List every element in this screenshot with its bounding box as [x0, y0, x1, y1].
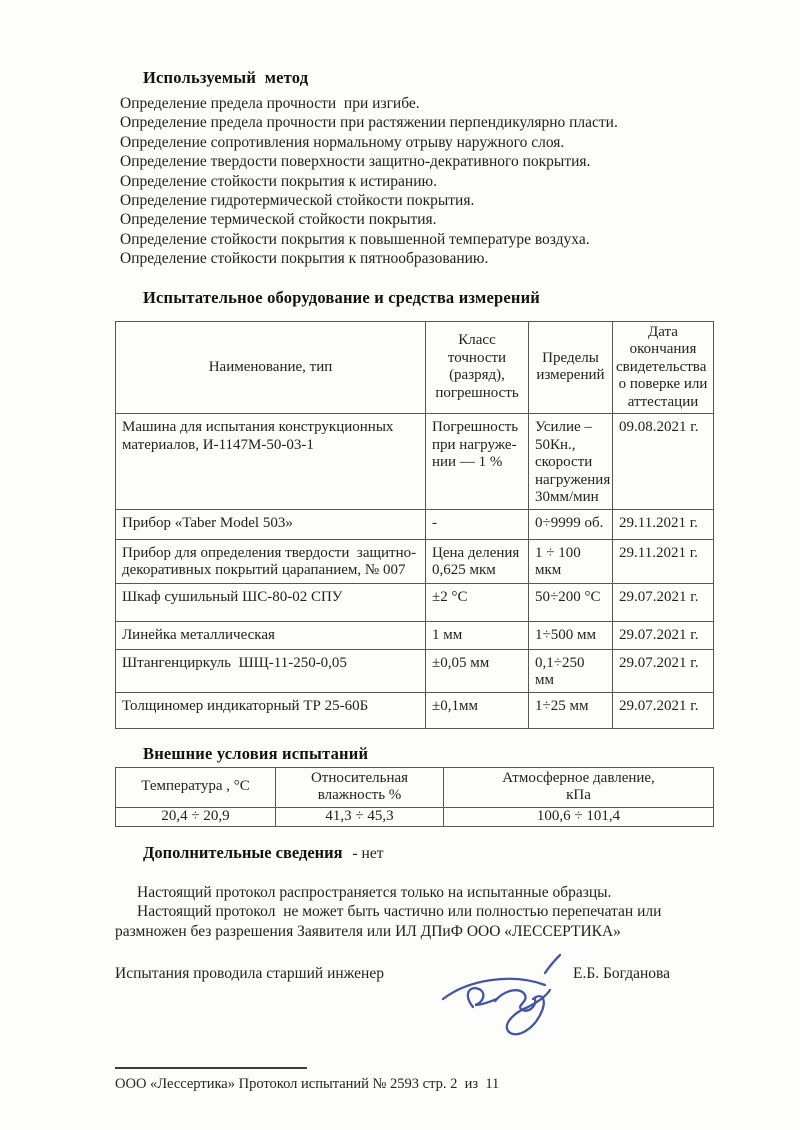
table-cell: 1 ÷ 100 мкм	[529, 539, 613, 583]
table-cell: 09.08.2021 г.	[613, 414, 714, 510]
table-header-text: Атмосферное давление, кПа	[491, 770, 666, 805]
footer-text: ООО «Лессертика» Протокол испытаний № 25…	[115, 1076, 715, 1093]
table-cell: Штангенциркуль ШЩ-11-250-0,05	[116, 649, 426, 692]
method-item: Определение предела прочности при изгибе…	[120, 94, 715, 113]
signature-block: Испытания проводила старший инженер Е.Б.…	[115, 953, 715, 1053]
table-cell: 29.07.2021 г.	[613, 621, 714, 649]
table-header-cell: Дата окончания свидетельства о поверке и…	[613, 321, 714, 414]
table-row: 20,4 ÷ 20,9 41,3 ÷ 45,3 100,6 ÷ 101,4	[116, 807, 714, 826]
table-row: Штангенциркуль ШЩ-11-250-0,05 ±0,05 мм 0…	[116, 649, 714, 692]
method-item: Определение твердости поверхности защитн…	[120, 152, 715, 171]
equipment-table: Наименование, тип Класс точности (разряд…	[115, 321, 714, 729]
table-cell: 20,4 ÷ 20,9	[116, 807, 276, 826]
conditions-header-row: Температура , °С Относительная влажность…	[116, 767, 714, 807]
method-item: Определение предела прочности при растяж…	[120, 113, 715, 132]
page-content: Используемый метод Определение предела п…	[115, 68, 715, 1093]
equipment-section-title: Испытательное оборудование и средства из…	[143, 288, 715, 308]
table-row: Машина для испытания конструкционных мат…	[116, 414, 714, 510]
method-item: Определение стойкости покрытия к повышен…	[120, 230, 715, 249]
signature-scribble	[443, 955, 560, 1034]
table-cell: 29.07.2021 г.	[613, 692, 714, 728]
table-cell: Прибор «Taber Model 503»	[116, 509, 426, 539]
table-header-cell: Пределы измерений	[529, 321, 613, 414]
conditions-table: Температура , °С Относительная влажность…	[115, 767, 714, 827]
method-list: Определение предела прочности при изгибе…	[120, 94, 715, 269]
table-cell: Прибор для определения твердости защитно…	[116, 539, 426, 583]
table-header-cell: Класс точности (разряд), погрешность	[426, 321, 529, 414]
table-cell: 1 мм	[426, 621, 529, 649]
method-item: Определение сопротивления нормальному от…	[120, 133, 715, 152]
equipment-header-row: Наименование, тип Класс точности (разряд…	[116, 321, 714, 414]
table-cell: Шкаф сушильный ШС-80-02 СПУ	[116, 583, 426, 621]
page-footer: ООО «Лессертика» Протокол испытаний № 25…	[115, 1067, 715, 1093]
table-cell: Цена деления 0,625 мкм	[426, 539, 529, 583]
additional-info-value: - нет	[353, 845, 384, 862]
table-cell: ±2 °С	[426, 583, 529, 621]
table-header-cell: Относительная влажность %	[276, 767, 444, 807]
table-cell: 29.11.2021 г.	[613, 539, 714, 583]
method-item: Определение стойкости покрытия к пятнооб…	[120, 249, 715, 268]
table-header-text: Относительная влажность %	[279, 770, 440, 805]
table-cell: Линейка металлическая	[116, 621, 426, 649]
protocol-notes: Настоящий протокол распространяется толь…	[115, 883, 715, 942]
table-cell: -	[426, 509, 529, 539]
table-row: Прибор для определения твердости защитно…	[116, 539, 714, 583]
table-cell: Усилие – 50Кн., скорости нагружения 30мм…	[529, 414, 613, 510]
table-cell: 1÷500 мм	[529, 621, 613, 649]
table-cell: 29.07.2021 г.	[613, 583, 714, 621]
table-header-cell: Температура , °С	[116, 767, 276, 807]
table-cell: 100,6 ÷ 101,4	[444, 807, 714, 826]
table-cell: 1÷25 мм	[529, 692, 613, 728]
method-item: Определение стойкости покрытия к истиран…	[120, 172, 715, 191]
table-cell: ±0,1мм	[426, 692, 529, 728]
table-cell: 41,3 ÷ 45,3	[276, 807, 444, 826]
signature-name: Е.Б. Богданова	[573, 965, 670, 983]
note-line: Настоящий протокол не может быть частичн…	[115, 902, 715, 941]
table-cell: 29.11.2021 г.	[613, 509, 714, 539]
table-cell: 0÷9999 об.	[529, 509, 613, 539]
table-cell: ±0,05 мм	[426, 649, 529, 692]
table-cell: Погрешность при нагруже-нии — 1 %	[426, 414, 529, 510]
table-row: Толщиномер индикаторный ТР 25-60Б ±0,1мм…	[116, 692, 714, 728]
table-header-cell: Наименование, тип	[116, 321, 426, 414]
method-item: Определение гидротермической стойкости п…	[120, 191, 715, 210]
scanned-protocol-page: Используемый метод Определение предела п…	[0, 0, 800, 1130]
table-cell: 50÷200 °С	[529, 583, 613, 621]
table-header-cell: Атмосферное давление, кПа	[444, 767, 714, 807]
table-row: Прибор «Taber Model 503» - 0÷9999 об. 29…	[116, 509, 714, 539]
table-row: Линейка металлическая 1 мм 1÷500 мм 29.0…	[116, 621, 714, 649]
method-item: Определение термической стойкости покрыт…	[120, 210, 715, 229]
table-cell: 29.07.2021 г.	[613, 649, 714, 692]
table-cell: 0,1÷250 мм	[529, 649, 613, 692]
table-cell: Толщиномер индикаторный ТР 25-60Б	[116, 692, 426, 728]
note-line: Настоящий протокол распространяется толь…	[115, 883, 715, 903]
footer-divider	[115, 1067, 307, 1069]
additional-info: Дополнительные сведения - нет	[143, 843, 715, 863]
signature-caption: Испытания проводила старший инженер	[115, 965, 384, 983]
method-section-title: Используемый метод	[143, 68, 715, 88]
table-row: Шкаф сушильный ШС-80-02 СПУ ±2 °С 50÷200…	[116, 583, 714, 621]
table-cell: Машина для испытания конструкционных мат…	[116, 414, 426, 510]
conditions-section-title: Внешние условия испытаний	[143, 744, 715, 764]
additional-info-label: Дополнительные сведения	[143, 843, 343, 862]
